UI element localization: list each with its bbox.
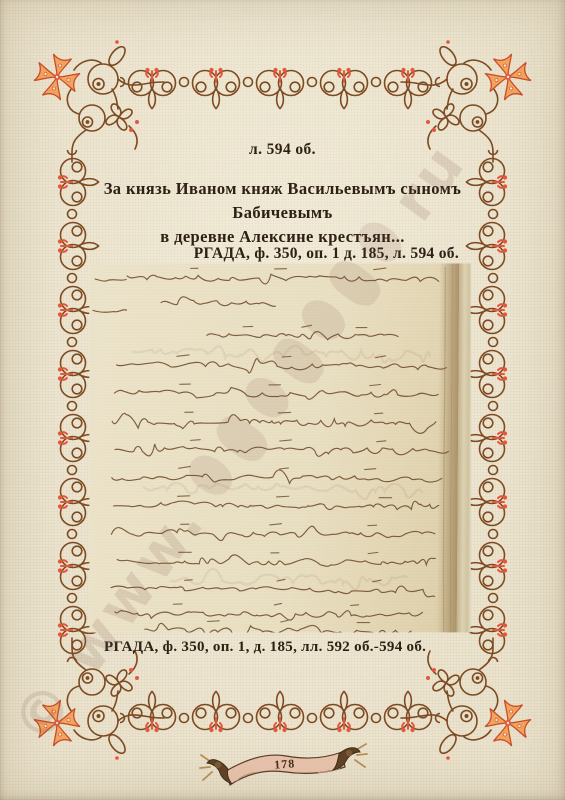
- archive-reference-top: РГАДА, ф. 350, оп. 1 д. 185, л. 594 об.: [194, 245, 459, 263]
- archive-reference-bottom: РГАДА, ф. 350, оп. 1, д. 185, лл. 592 об…: [104, 639, 426, 656]
- border-top: [120, 62, 440, 110]
- title-line-2: Бабичевымъ: [0, 203, 565, 223]
- manuscript-scan-image: [87, 261, 474, 636]
- manuscript-handwriting: [87, 261, 474, 636]
- folio-heading: л. 594 об.: [0, 141, 565, 159]
- page-number: 178: [274, 756, 296, 771]
- title-line-1: За князь Иваном княж Васильевымъ сыномъ: [0, 179, 565, 199]
- title-line-3: в деревне Алексине крестъян...: [0, 227, 565, 247]
- ribbon-right-curl: [333, 744, 367, 770]
- ribbon-left-curl: [200, 755, 232, 784]
- manuscript-gutter-shadow: [437, 263, 460, 635]
- border-bottom: [120, 690, 440, 738]
- page-number-ribbon: 178: [198, 741, 370, 795]
- book-page: л. 594 об. За князь Иваном княж Васильев…: [0, 0, 565, 800]
